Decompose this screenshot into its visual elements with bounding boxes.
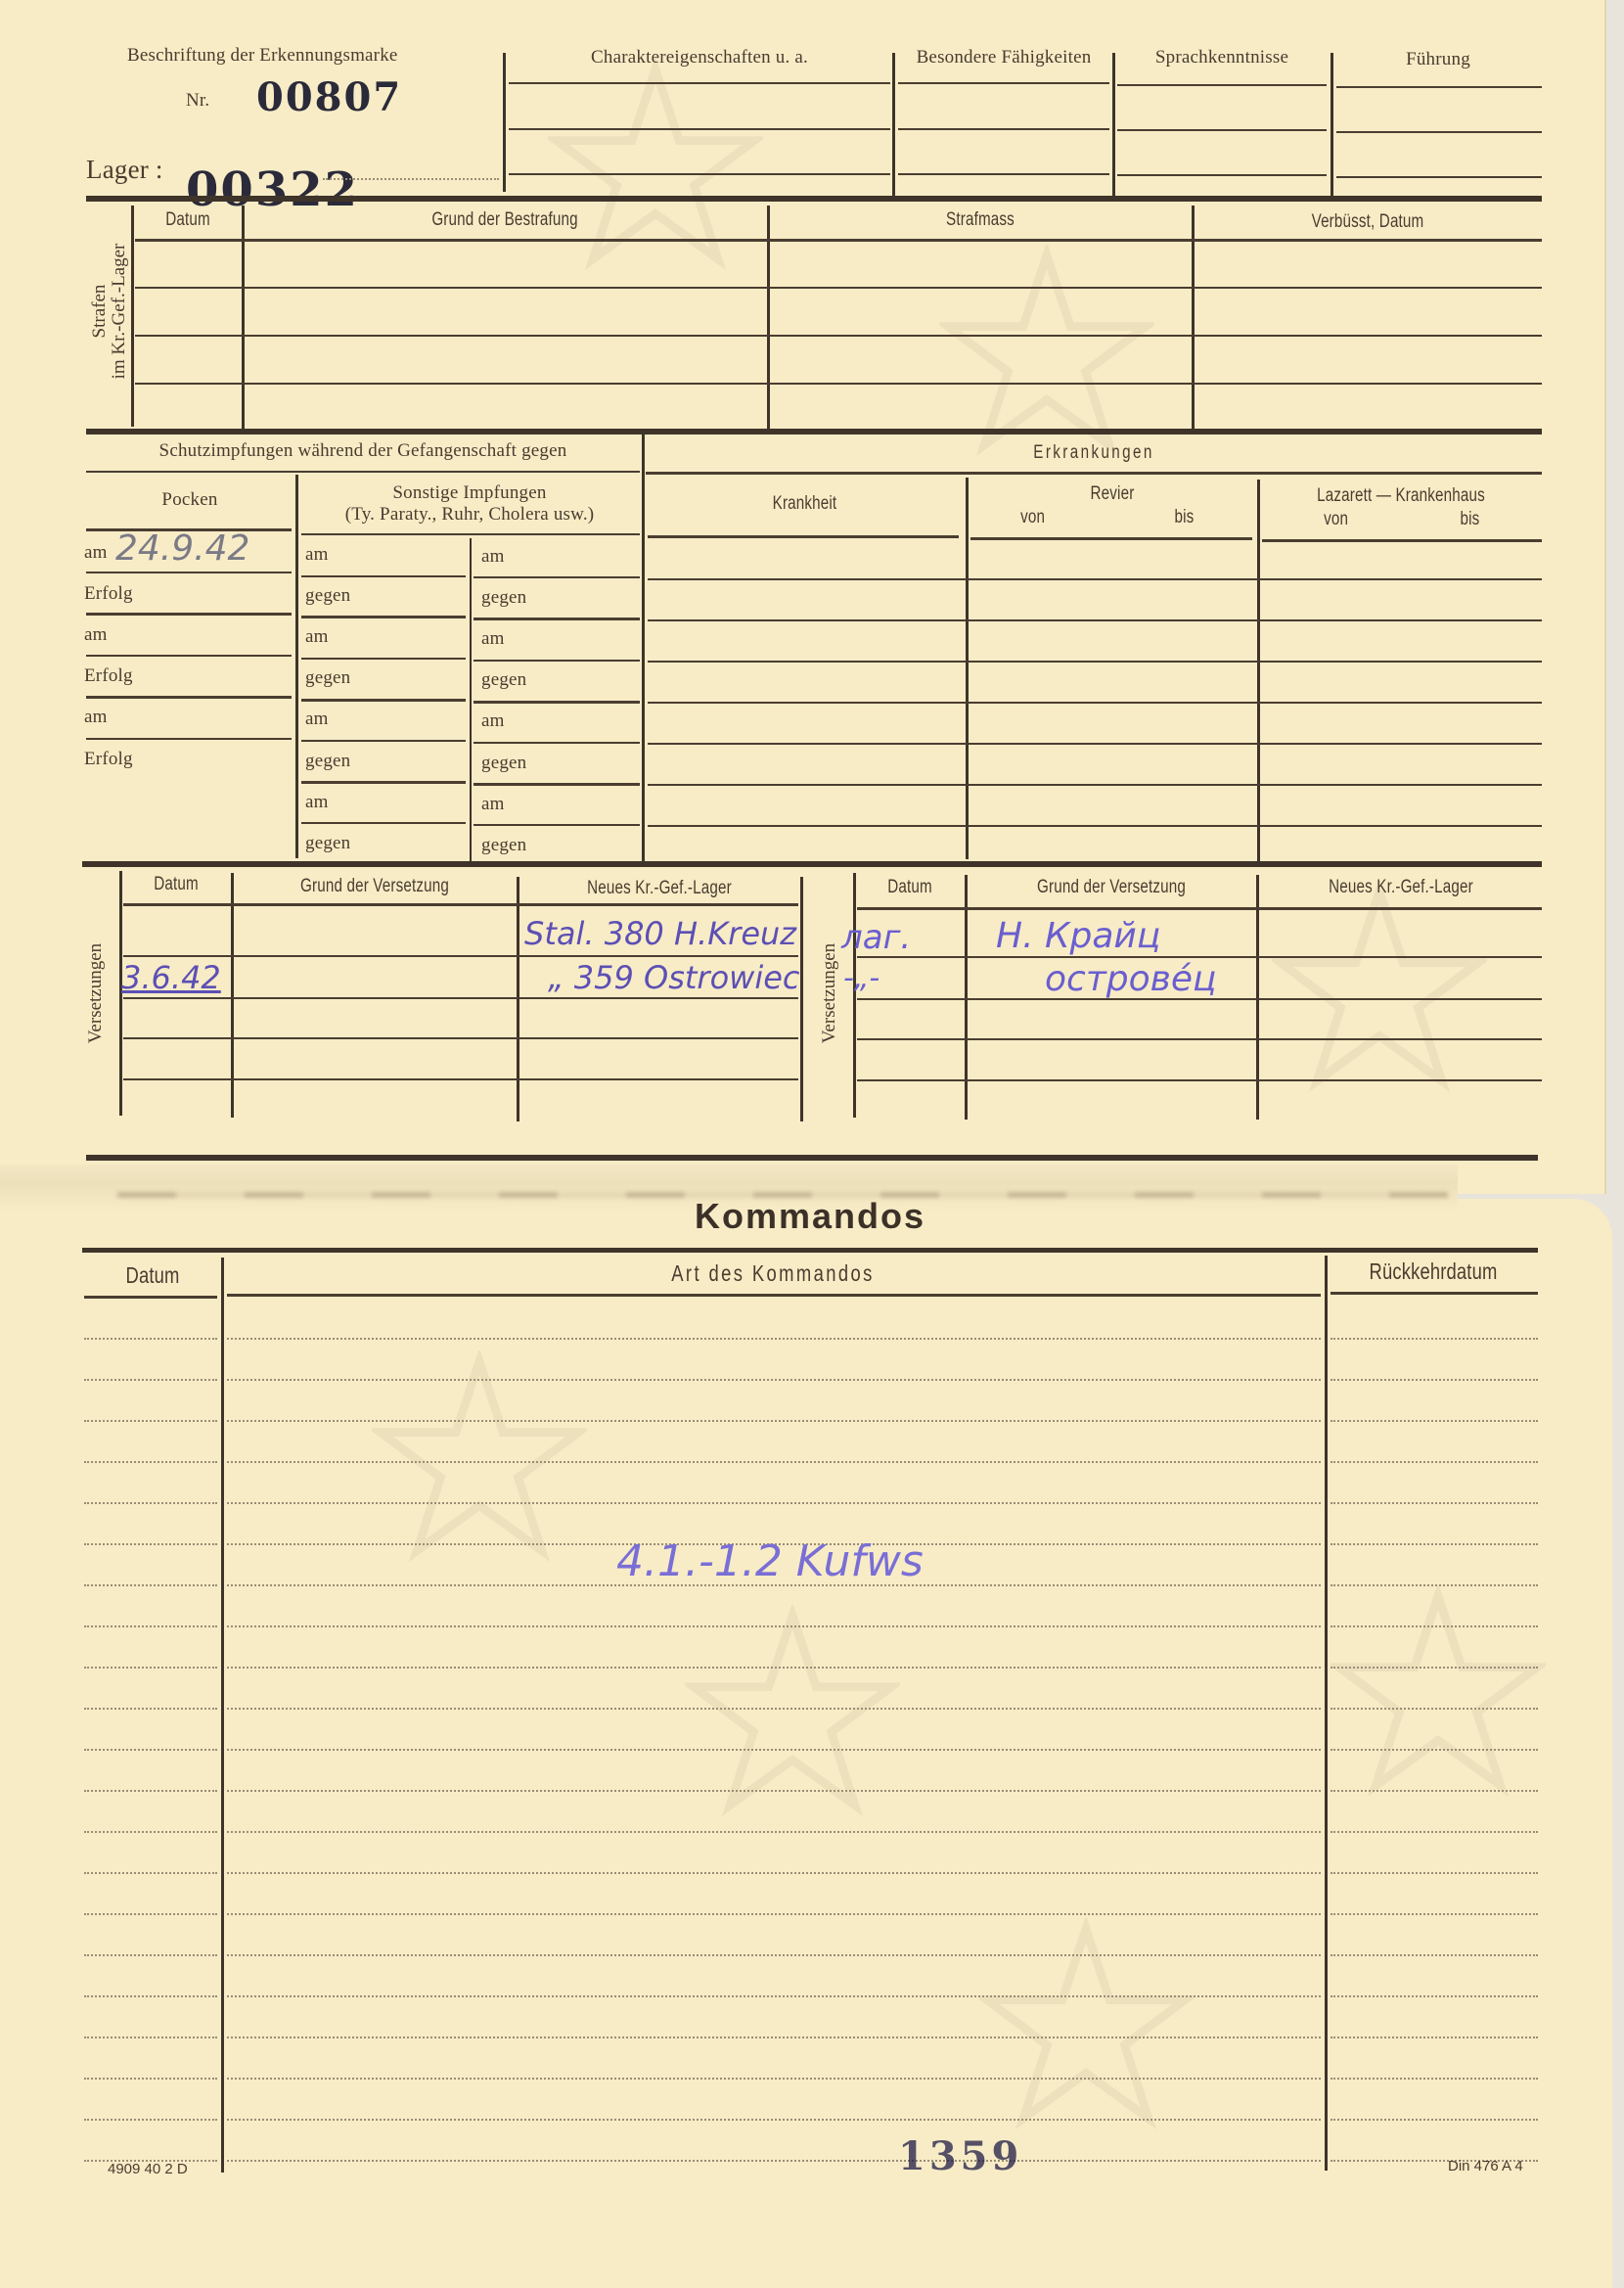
dotted-rule [84,1831,217,1833]
section-rule [82,1248,1538,1253]
dotted-rule [1331,2119,1538,2121]
rule [301,575,466,577]
dotted-rule [84,1502,217,1504]
rule [301,699,466,702]
left-col-grund: Grund der Versetzung [263,876,487,897]
right-grund-line2: острове́ц [1045,959,1217,999]
rule [857,956,1542,958]
rule [648,619,1542,621]
dotted-rule [1331,1749,1538,1751]
dotted-rule [84,2078,217,2080]
sonstige-label: Sonstige Impfungen [299,482,640,504]
col-verbuesst: Verbüsst, Datum [1230,211,1506,233]
revier-bis: bis [1174,507,1194,528]
dotted-rule [227,2160,1321,2162]
dotted-rule [227,1379,1321,1381]
rule [123,955,798,957]
pocken-am-1: am [84,542,108,564]
dotted-rule [227,1667,1321,1669]
dotted-rule [84,1625,217,1627]
dotted-rule [227,1461,1321,1463]
col-grund-bestrafung: Grund der Bestrafung [296,209,713,231]
dotted-rule [227,2036,1321,2038]
pocken-am-3: am [84,707,108,728]
strafen-side-label: Strafen im Kr.-Gef.-Lager [90,223,129,399]
dotted-rule [227,1954,1321,1956]
rule [123,903,798,906]
lazarett-bis: bis [1460,509,1479,530]
rule [648,702,1542,704]
rule [301,740,466,742]
dotted-rule [1331,1954,1538,1956]
dotted-rule [1331,1502,1538,1504]
dotted-rule [1331,1831,1538,1833]
rule [1336,131,1542,133]
dotted-rule [1331,2078,1538,2080]
col-sprachkenntnisse: Sprachkenntnisse [1115,47,1329,69]
dotted-rule [1331,2036,1538,2038]
sonstige-a-gegen-3: gegen [305,751,350,772]
rule [86,738,292,740]
dotted-rule [1331,1995,1538,1997]
dotted-rule [84,1995,217,1997]
sonstige-b-am-2: am [481,628,505,650]
dotted-rule [227,2119,1321,2121]
kommandos-title: Kommandos [86,1196,1534,1237]
rule [474,660,640,662]
rule [1117,84,1327,86]
col-faehigkeiten: Besondere Fähigkeiten [895,47,1112,69]
rule [474,701,640,704]
rule [970,537,1252,540]
divider [965,875,968,1120]
dotted-rule [1331,1872,1538,1874]
rule [135,287,1542,289]
rule [123,1078,798,1080]
sonstige-a-gegen-1: gegen [305,585,350,607]
sonstige-a-am-4: am [305,792,329,813]
col-lazarett: Lazarett — Krankenhaus [1288,485,1513,507]
col-strafmass: Strafmass [813,209,1148,231]
col-krankheit: Krankheit [678,493,932,515]
form-code-right: Din 476 A 4 [1448,2158,1523,2174]
dotted-rule [227,1995,1321,1997]
dotted-rule [227,1872,1321,1874]
rule [86,613,292,616]
dotted-rule [84,1708,217,1710]
rule [648,578,1542,580]
divider [642,433,645,863]
sonstige-a-am-3: am [305,709,329,730]
rule [898,82,1109,84]
dotted-rule [84,1379,217,1381]
rule [648,661,1542,663]
dotted-rule [227,1790,1321,1792]
divider [231,873,234,1118]
rule [646,472,1542,475]
dotted-rule [227,1708,1321,1710]
right-datum-line1: лаг. [841,918,911,957]
divider [853,873,856,1118]
rule [648,784,1542,786]
dotted-rule [1331,1790,1538,1792]
nr-label: Nr. [186,90,209,112]
right-grund-line1: Н. Крайц [996,916,1160,956]
rule [123,1037,798,1039]
right-col-grund: Grund der Versetzung [997,877,1226,898]
dotted-rule [227,2078,1321,2080]
rule [857,1079,1542,1081]
dotted-rule [1331,1338,1538,1340]
rule [301,658,466,660]
lager-label: Lager : [86,155,163,185]
lazarett-von: von [1324,509,1348,530]
dotted-rule [1331,1461,1538,1463]
dotted-rule [1331,1667,1538,1669]
col-charakter: Charaktereigenschaften u. a. [509,47,890,69]
divider [1256,875,1259,1120]
dotted-rule [84,1790,217,1792]
rule [301,533,640,535]
dotted-rule [227,1338,1321,1340]
divider [1331,53,1333,196]
rule [135,335,1542,337]
strafen-side-label-2: im Kr.-Gef.-Lager [110,223,129,399]
section-rule [86,196,1542,202]
sonstige-b-am-3: am [481,710,505,732]
section-rule [86,429,1542,435]
dotted-rule [227,1502,1321,1504]
erkennungsmarke-label: Beschriftung der Erkennungsmarke [127,45,398,67]
divider [131,206,134,427]
kommandos-handwritten-entry: 4.1.-1.2 Kufws [616,1536,924,1586]
rule [648,743,1542,745]
rule [474,783,640,786]
dotted-rule [1331,1625,1538,1627]
left-col-datum: Datum [133,874,219,895]
dotted-rule [84,1667,217,1669]
dotted-rule [1331,1543,1538,1545]
divider [1325,1256,1328,2171]
divider [1112,53,1115,196]
col-strafen-datum: Datum [146,209,230,231]
form-lower-sheet [0,1199,1612,2288]
rule [474,824,640,826]
rule [509,173,890,175]
dotted-rule [227,1749,1321,1751]
rule [135,383,1542,385]
dotted-rule [1331,1420,1538,1422]
rule [301,616,466,618]
rule [898,128,1109,130]
divider [295,475,298,858]
strafen-side-label-1: Strafen [90,223,110,399]
sonstige-b-gegen-3: gegen [481,753,526,774]
divider [966,478,969,859]
rule [301,781,466,784]
pocken-date-handwritten: 24.9.42 [115,528,249,569]
rule [474,618,640,620]
section-rule [86,1155,1538,1161]
rule [1331,1292,1538,1295]
divider [503,53,506,192]
divider [221,1258,224,2173]
nr-value: 00807 [256,74,402,120]
kommandos-col-datum: Datum [100,1262,206,1289]
dotted-rule [84,1872,217,1874]
rule [648,535,959,538]
dotted-rule [84,2036,217,2038]
dotted-rule [227,1625,1321,1627]
divider [470,538,472,861]
stamp-number: 1359 [898,2133,1022,2179]
rule [474,576,640,578]
rule [857,907,1542,910]
dotted-rule [1331,1379,1538,1381]
rule [301,822,466,824]
right-col-lager: Neues Kr.-Gef.-Lager [1288,877,1513,898]
pocken-erfolg-1: Erfolg [84,583,133,605]
lager-dotted-line [323,178,499,180]
versetzungen-side-label-left: Versetzungen [86,930,106,1057]
dotted-rule [84,2119,217,2121]
rule [84,1296,217,1299]
dotted-rule [1331,1584,1538,1586]
rule [86,572,292,573]
dotted-rule [84,1461,217,1463]
sonstige-b-gegen-2: gegen [481,669,526,691]
kommandos-col-rueckkehr: Rückkehrdatum [1349,1258,1516,1285]
col-revier: Revier [997,483,1227,505]
sonstige-a-am-2: am [305,626,329,648]
sonstige-a-am-1: am [305,544,329,566]
left-col-lager: Neues Kr.-Gef.-Lager [548,878,770,899]
dotted-rule [227,1831,1321,1833]
sonstige-b-gegen-1: gegen [481,587,526,609]
dotted-rule [1331,1913,1538,1915]
divider [1257,480,1260,861]
sonstige-sub: (Ty. Paraty., Ruhr, Cholera usw.) [299,504,640,526]
form-code-left: 4909 40 2 D [108,2161,188,2177]
versetzungen-side-label-right: Versetzungen [820,930,839,1057]
pocken-erfolg-2: Erfolg [84,665,133,687]
dotted-rule [84,1420,217,1422]
section-rule [82,861,1542,867]
rule [1336,86,1542,88]
dotted-rule [84,1584,217,1586]
pocken-label: Pocken [86,489,293,511]
divider [892,53,895,196]
rule [857,1038,1542,1040]
versetzung-lager-line1: Stal. 380 H.Kreuz [524,915,796,952]
divider [517,877,519,1121]
dotted-rule [227,1420,1321,1422]
dotted-rule [84,1954,217,1956]
erkrankungen-title: Erkrankungen [736,442,1453,464]
rule [648,825,1542,827]
rule [474,742,640,744]
revier-von: von [1020,507,1045,528]
versetzung-lager-line2: „ 359 Ostrowiec [548,959,799,996]
rule [1336,176,1542,178]
rule [509,128,890,130]
rule [1262,539,1542,542]
sonstige-b-gegen-4: gegen [481,835,526,856]
versetzung-datum-value: 3.6.42 [121,959,221,996]
col-fuehrung: Führung [1335,49,1541,70]
dotted-rule [84,1338,217,1340]
sonstige-a-gegen-2: gegen [305,667,350,689]
rule [1117,174,1327,176]
rule [898,173,1109,175]
dotted-rule [1331,1708,1538,1710]
divider [800,877,803,1121]
rule [86,696,292,699]
sonstige-b-am-4: am [481,794,505,815]
dotted-rule [84,1749,217,1751]
dotted-rule [84,1913,217,1915]
right-col-datum: Datum [868,877,952,898]
impfungen-title: Schutzimpfungen während der Gefangenscha… [86,440,640,462]
rule [1117,129,1327,131]
rule [135,239,1542,242]
rule [227,1294,1321,1297]
kommandos-col-art: Art des Kommandos [335,1260,1211,1287]
dotted-rule [227,1913,1321,1915]
rule [509,82,890,84]
sonstige-a-gegen-4: gegen [305,833,350,854]
dotted-rule [84,1543,217,1545]
rule [86,655,292,657]
pocken-erfolg-3: Erfolg [84,749,133,770]
rule [86,471,640,473]
sonstige-b-am-1: am [481,546,505,568]
rule [123,997,798,999]
right-datum-line2: -„- [843,961,880,995]
pocken-am-2: am [84,624,108,646]
